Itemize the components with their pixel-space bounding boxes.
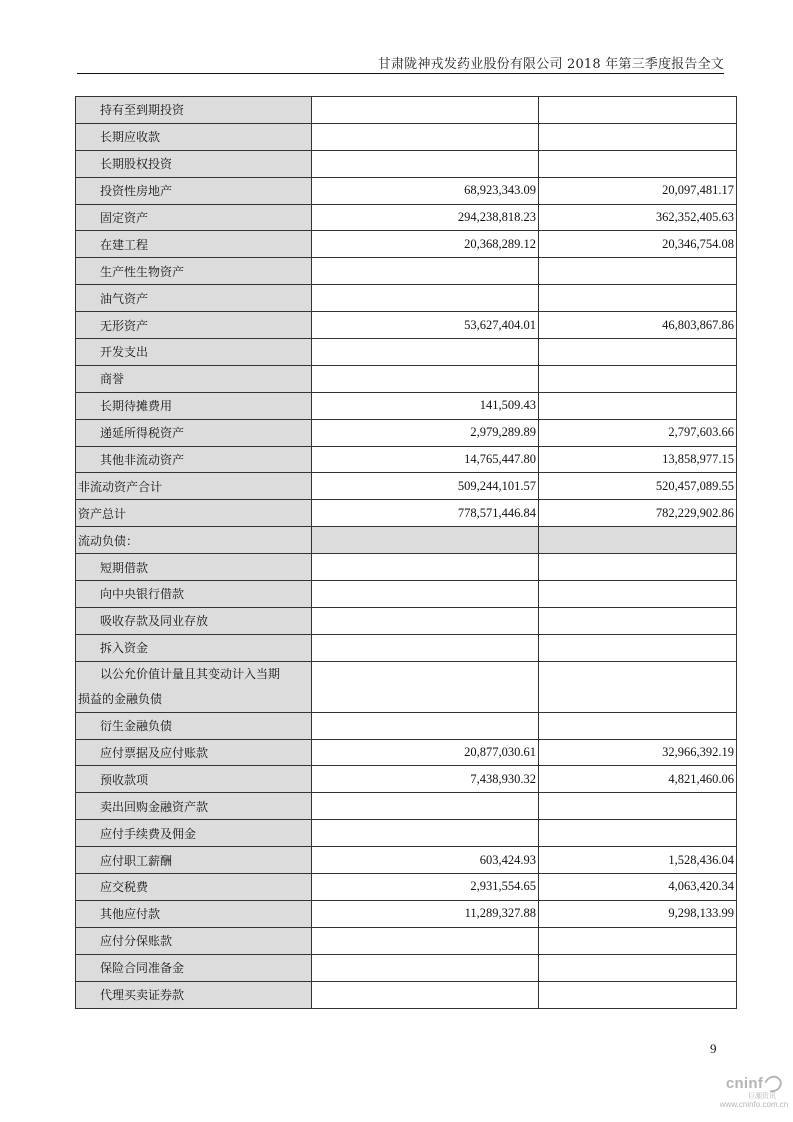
- section-header-row: 流动负债：: [76, 527, 737, 554]
- table-row: 代理买卖证券款: [76, 981, 737, 1008]
- current-period-value: [312, 981, 539, 1008]
- prior-period-value: [539, 927, 737, 954]
- prior-period-value: [539, 339, 737, 366]
- current-period-value: 11,289,327.88: [312, 900, 539, 927]
- prior-period-value: [539, 793, 737, 820]
- prior-period-value: [539, 392, 737, 419]
- prior-period-value: 4,821,460.06: [539, 766, 737, 793]
- row-label: 非流动资产合计: [76, 473, 312, 500]
- row-label: 在建工程: [76, 231, 312, 258]
- prior-period-value: [539, 97, 737, 124]
- current-period-value: 509,244,101.57: [312, 473, 539, 500]
- row-label: 投资性房地产: [76, 177, 312, 204]
- current-period-value: [312, 150, 539, 177]
- row-label: 其他应付款: [76, 900, 312, 927]
- cninfo-logo: cninf: [715, 1075, 793, 1092]
- row-label: 长期股权投资: [76, 150, 312, 177]
- current-period-value: [312, 554, 539, 581]
- current-period-value: [312, 634, 539, 661]
- prior-period-value: 20,346,754.08: [539, 231, 737, 258]
- row-label: 开发支出: [76, 339, 312, 366]
- balance-sheet-table: 持有至到期投资 长期应收款 长期股权投资 投资性房地产 68,923,343.0…: [75, 96, 737, 1009]
- table-row: 应付分保账款: [76, 927, 737, 954]
- current-period-value: [312, 285, 539, 312]
- table-row: 短期借款: [76, 554, 737, 581]
- subtotal-row: 非流动资产合计 509,244,101.57 520,457,089.55: [76, 473, 737, 500]
- row-label: 吸收存款及同业存放: [76, 607, 312, 634]
- row-label: 商誉: [76, 365, 312, 392]
- table-row: 应付手续费及佣金: [76, 820, 737, 847]
- table-row: 其他应付款 11,289,327.88 9,298,133.99: [76, 900, 737, 927]
- table-row: 向中央银行借款: [76, 581, 737, 608]
- current-period-value: [312, 365, 539, 392]
- prior-period-value: [539, 285, 737, 312]
- table-row: 商誉: [76, 365, 737, 392]
- current-period-value: [312, 927, 539, 954]
- prior-period-value: [539, 954, 737, 981]
- current-period-value: [312, 258, 539, 285]
- table-row: 持有至到期投资: [76, 97, 737, 124]
- prior-period-value: [539, 554, 737, 581]
- prior-period-value: [539, 258, 737, 285]
- prior-period-value: [539, 365, 737, 392]
- cninfo-url: www.cninfo.com.cn: [715, 1100, 793, 1109]
- total-row: 资产总计 778,571,446.84 782,229,902.86: [76, 500, 737, 527]
- current-period-value: 14,765,447.80: [312, 446, 539, 473]
- current-period-value: 20,877,030.61: [312, 739, 539, 766]
- row-label-line1: 以公允价值计量且其变动计入当期: [78, 662, 309, 687]
- row-label: 应付职工薪酬: [76, 847, 312, 874]
- current-period-value: [312, 97, 539, 124]
- prior-period-value: 1,528,436.04: [539, 847, 737, 874]
- table-row: 长期股权投资: [76, 150, 737, 177]
- row-label: 长期待摊费用: [76, 392, 312, 419]
- prior-period-value: [539, 712, 737, 739]
- prior-period-value: [539, 527, 737, 554]
- prior-period-value: [539, 581, 737, 608]
- row-label: 持有至到期投资: [76, 97, 312, 124]
- current-period-value: [312, 123, 539, 150]
- table-row: 保险合同准备金: [76, 954, 737, 981]
- current-period-value: [312, 661, 539, 712]
- table-row: 无形资产 53,627,404.01 46,803,867.86: [76, 312, 737, 339]
- prior-period-value: 13,858,977.15: [539, 446, 737, 473]
- current-period-value: [312, 527, 539, 554]
- table-row: 长期待摊费用 141,509.43: [76, 392, 737, 419]
- prior-period-value: 520,457,089.55: [539, 473, 737, 500]
- row-label: 应付分保账款: [76, 927, 312, 954]
- table-row: 生产性生物资产: [76, 258, 737, 285]
- prior-period-value: 20,097,481.17: [539, 177, 737, 204]
- prior-period-value: [539, 820, 737, 847]
- prior-period-value: [539, 981, 737, 1008]
- row-label: 保险合同准备金: [76, 954, 312, 981]
- prior-period-value: [539, 123, 737, 150]
- prior-period-value: 9,298,133.99: [539, 900, 737, 927]
- current-period-value: 68,923,343.09: [312, 177, 539, 204]
- prior-period-value: 4,063,420.34: [539, 874, 737, 901]
- section-label: 流动负债：: [76, 527, 312, 554]
- row-label: 以公允价值计量且其变动计入当期 损益的金融负债: [76, 661, 312, 712]
- row-label: 无形资产: [76, 312, 312, 339]
- current-period-value: 2,931,554.65: [312, 874, 539, 901]
- cninfo-logo-text: cninf: [726, 1075, 763, 1092]
- row-label: 卖出回购金融资产款: [76, 793, 312, 820]
- current-period-value: 778,571,446.84: [312, 500, 539, 527]
- current-period-value: [312, 820, 539, 847]
- table-row: 应交税费 2,931,554.65 4,063,420.34: [76, 874, 737, 901]
- table-row: 应付职工薪酬 603,424.93 1,528,436.04: [76, 847, 737, 874]
- current-period-value: 7,438,930.32: [312, 766, 539, 793]
- row-label: 向中央银行借款: [76, 581, 312, 608]
- row-label: 油气资产: [76, 285, 312, 312]
- prior-period-value: 2,797,603.66: [539, 419, 737, 446]
- row-label: 拆入资金: [76, 634, 312, 661]
- prior-period-value: 362,352,405.63: [539, 204, 737, 231]
- row-label: 应交税费: [76, 874, 312, 901]
- table-row: 在建工程 20,368,289.12 20,346,754.08: [76, 231, 737, 258]
- table-row: 长期应收款: [76, 123, 737, 150]
- prior-period-value: [539, 661, 737, 712]
- table-row: 衍生金融负债: [76, 712, 737, 739]
- current-period-value: [312, 954, 539, 981]
- table-row: 开发支出: [76, 339, 737, 366]
- page-header: 甘肃陇神戎发药业股份有限公司 2018 年第三季度报告全文: [0, 53, 724, 75]
- current-period-value: [312, 607, 539, 634]
- cninfo-watermark: cninf 巨潮资讯 www.cninfo.com.cn: [715, 1075, 793, 1115]
- current-period-value: 2,979,289.89: [312, 419, 539, 446]
- prior-period-value: [539, 150, 737, 177]
- table-row: 油气资产: [76, 285, 737, 312]
- row-label: 固定资产: [76, 204, 312, 231]
- table-row: 应付票据及应付账款 20,877,030.61 32,966,392.19: [76, 739, 737, 766]
- report-title: 甘肃陇神戎发药业股份有限公司 2018 年第三季度报告全文: [378, 53, 724, 72]
- table-row: 卖出回购金融资产款: [76, 793, 737, 820]
- row-label: 短期借款: [76, 554, 312, 581]
- prior-period-value: [539, 634, 737, 661]
- table-row: 投资性房地产 68,923,343.09 20,097,481.17: [76, 177, 737, 204]
- row-label: 长期应收款: [76, 123, 312, 150]
- prior-period-value: 32,966,392.19: [539, 739, 737, 766]
- current-period-value: 20,368,289.12: [312, 231, 539, 258]
- current-period-value: 294,238,818.23: [312, 204, 539, 231]
- page-number: 9: [710, 1041, 717, 1057]
- row-label: 递延所得税资产: [76, 419, 312, 446]
- current-period-value: [312, 339, 539, 366]
- table-row: 吸收存款及同业存放: [76, 607, 737, 634]
- current-period-value: [312, 793, 539, 820]
- prior-period-value: 782,229,902.86: [539, 500, 737, 527]
- current-period-value: 53,627,404.01: [312, 312, 539, 339]
- row-label: 代理买卖证券款: [76, 981, 312, 1008]
- header-divider: [77, 73, 724, 74]
- current-period-value: [312, 712, 539, 739]
- row-label: 预收款项: [76, 766, 312, 793]
- prior-period-value: [539, 607, 737, 634]
- table-row: 固定资产 294,238,818.23 362,352,405.63: [76, 204, 737, 231]
- row-label: 应付票据及应付账款: [76, 739, 312, 766]
- current-period-value: 603,424.93: [312, 847, 539, 874]
- row-label-line2: 损益的金融负债: [78, 687, 309, 712]
- current-period-value: 141,509.43: [312, 392, 539, 419]
- cninfo-chinese-name: 巨潮资讯: [731, 1092, 793, 1100]
- row-label: 衍生金融负债: [76, 712, 312, 739]
- row-label: 生产性生物资产: [76, 258, 312, 285]
- row-label: 资产总计: [76, 500, 312, 527]
- table-row: 递延所得税资产 2,979,289.89 2,797,603.66: [76, 419, 737, 446]
- table-row: 以公允价值计量且其变动计入当期 损益的金融负债: [76, 661, 737, 712]
- table-row: 其他非流动资产 14,765,447.80 13,858,977.15: [76, 446, 737, 473]
- current-period-value: [312, 581, 539, 608]
- prior-period-value: 46,803,867.86: [539, 312, 737, 339]
- row-label: 其他非流动资产: [76, 446, 312, 473]
- table-row: 拆入资金: [76, 634, 737, 661]
- table-row: 预收款项 7,438,930.32 4,821,460.06: [76, 766, 737, 793]
- row-label: 应付手续费及佣金: [76, 820, 312, 847]
